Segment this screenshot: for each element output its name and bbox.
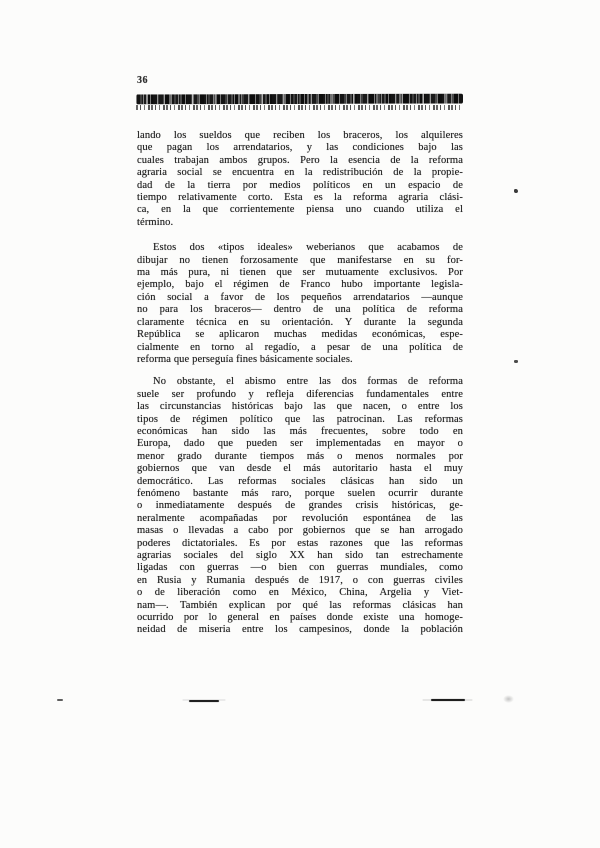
header-smudge-band (136, 94, 463, 110)
text-line: agrarias sociales del siglo XX han sido … (137, 550, 463, 562)
text-line: Europa, dado que pueden ser implementada… (137, 438, 463, 450)
page-number: 36 (137, 75, 148, 86)
scanned-book-page: 36 lando los sueldos que reciben los bra… (0, 0, 600, 848)
text-line: o inmediatamente después de grandes cris… (137, 500, 463, 512)
text-line: menor grado durante tiempos más o menos … (137, 451, 463, 463)
text-line: económicas han sido las más frecuentes, … (137, 426, 463, 438)
text-line: democrático. Las reformas sociales clási… (137, 476, 463, 488)
text-line: ligadas con guerras —o bien con guerras … (137, 562, 463, 574)
body-text: lando los sueldos que reciben los bracer… (137, 130, 463, 637)
ink-speck (514, 360, 518, 363)
text-line: República se aplicaron muchas medidas ec… (137, 329, 463, 341)
text-line: ción social a favor de los pequeños arre… (137, 292, 463, 304)
text-line: dad de la tierra por medios políticos en… (137, 180, 463, 192)
text-line: tipos de régimen político que las patroc… (137, 414, 463, 426)
text-line: neralmente acompañadas por revolución es… (137, 513, 463, 525)
pen-line-mark (189, 700, 219, 702)
text-line: las circunstancias históricas bajo las q… (137, 401, 463, 413)
text-line: neidad de miseria entre los campesinos, … (137, 624, 463, 636)
text-line: Estos dos «tipos ideales» weberianos que… (137, 242, 463, 254)
smudge-line-1 (136, 94, 463, 105)
paragraph-2: Estos dos «tipos ideales» weberianos que… (137, 242, 463, 366)
ink-speck (514, 189, 518, 193)
text-line: cialmente en torno al regadío, a pesar d… (137, 342, 463, 354)
text-line: claramente técnica en su orientación. Y … (137, 317, 463, 329)
smudge-line-2 (136, 105, 463, 110)
text-line: no para los braceros— dentro de una polí… (137, 304, 463, 316)
text-line: lando los sueldos que reciben los bracer… (137, 130, 463, 142)
text-line: dibujar no tienen forzosamente que manif… (137, 255, 463, 267)
text-line: ca, en la que corrientemente piensa uno … (137, 204, 463, 216)
text-line: gobiernos que van desde el más autoritar… (137, 463, 463, 475)
text-line: masas o llevadas a cabo por gobiernos qu… (137, 525, 463, 537)
text-line: o de liberación como en México, China, A… (137, 587, 463, 599)
text-line: fenómeno bastante más raro, porque suele… (137, 488, 463, 500)
text-line: que pagan los arrendatarios, y las condi… (137, 142, 463, 154)
text-line: cuales trabajan ambos grupos. Pero la es… (137, 155, 463, 167)
text-line: No obstante, el abismo entre las dos for… (137, 376, 463, 388)
text-line: ma más pura, ni tienen que ser mutuament… (137, 267, 463, 279)
text-line: reforma que perseguía fines básicamente … (137, 354, 463, 366)
text-line: en Rusia y Rumania después de 1917, o co… (137, 575, 463, 587)
faint-ink-smudge (503, 695, 514, 703)
paragraph-1: lando los sueldos que reciben los bracer… (137, 130, 463, 229)
text-line: poderes dictatoriales. Es por estas razo… (137, 538, 463, 550)
text-line: ejemplo, bajo el régimen de Franco hubo … (137, 279, 463, 291)
text-line: ocurrido por lo general en países donde … (137, 612, 463, 624)
margin-dash-mark (57, 699, 63, 701)
paragraph-3: No obstante, el abismo entre las dos for… (137, 376, 463, 637)
text-line: suele ser profundo y refleja diferencias… (137, 389, 463, 401)
text-line: nam—. También explican por qué las refor… (137, 600, 463, 612)
text-line: término. (137, 217, 463, 229)
text-line: agraria social se encuentra en la redist… (137, 167, 463, 179)
text-line: tiempo relativamente corto. Esta es la r… (137, 192, 463, 204)
pen-line-mark (431, 699, 465, 701)
